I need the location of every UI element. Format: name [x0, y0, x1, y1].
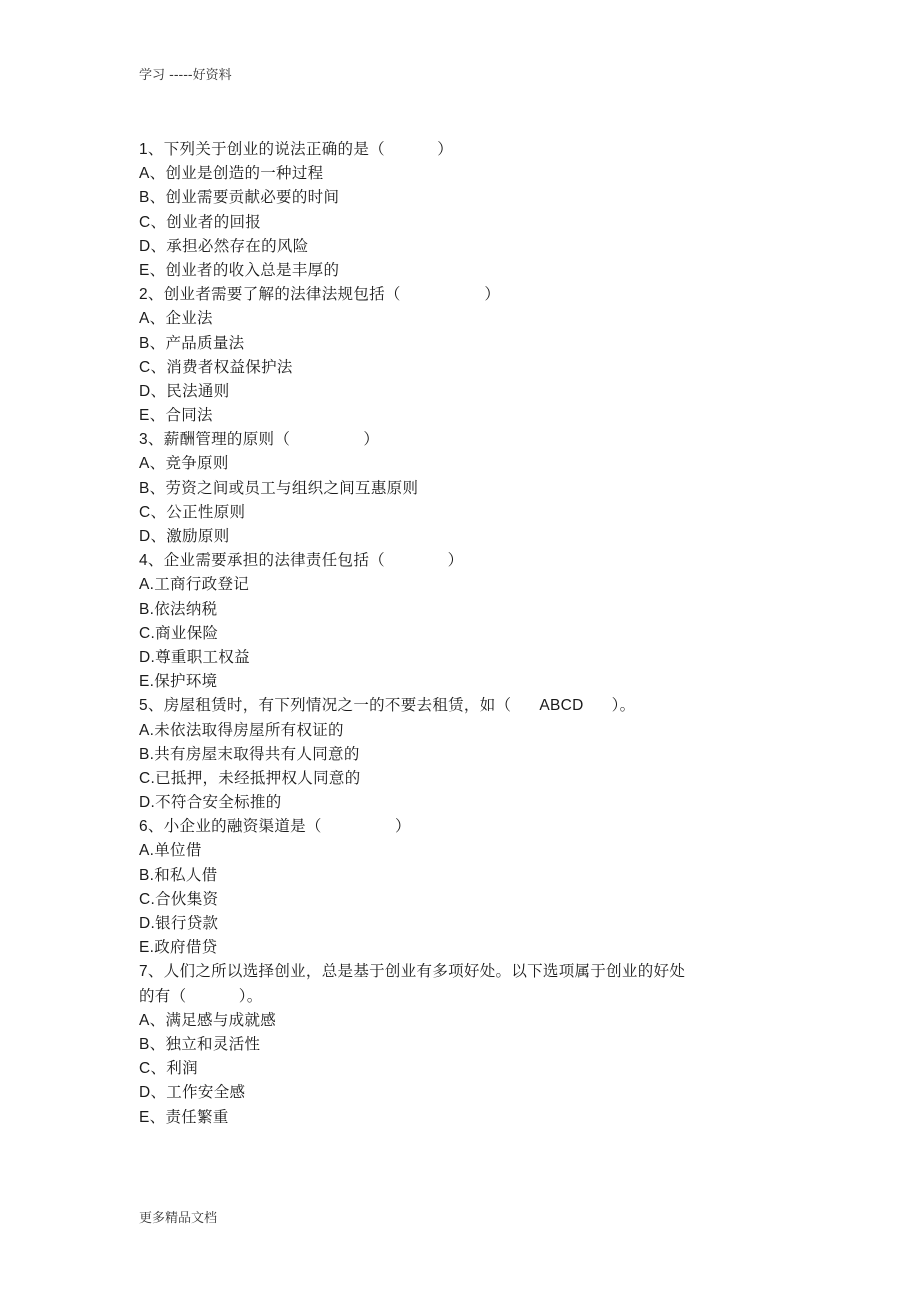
option-letter: E、	[139, 262, 165, 279]
option-letter: A.	[139, 576, 154, 593]
option-letter: A、	[139, 1012, 165, 1029]
option-text: 已抵押，未经抵押权人同意的	[155, 769, 360, 787]
option-letter: A.	[139, 722, 154, 739]
option-text: 劳资之间或员工与组织之间互惠原则	[165, 479, 418, 497]
option-text: 未依法取得房屋所有权证的	[154, 721, 344, 739]
option-item: B、劳资之间或员工与组织之间互惠原则	[139, 476, 739, 500]
option-text: 单位借	[154, 841, 201, 859]
question-7-stem-continued: 的有（ ）。	[139, 984, 739, 1008]
option-letter: D.	[139, 649, 155, 666]
option-text: 满足感与成就感	[165, 1011, 276, 1029]
question-number: 5、	[139, 697, 164, 714]
close-paren: ）。	[239, 987, 263, 1005]
option-text: 创业需要贡献必要的时间	[165, 188, 339, 206]
question-number: 3、	[139, 431, 164, 448]
question-number: 7、	[139, 963, 164, 980]
option-text: 创业者的回报	[166, 213, 261, 231]
question-number: 1、	[139, 141, 164, 158]
option-text: 产品质量法	[165, 334, 244, 352]
option-letter: A、	[139, 165, 165, 182]
question-text: 薪酬管理的原则（	[164, 430, 290, 448]
page-header: 学习 -----好资料	[139, 67, 232, 85]
question-text: 人们之所以选择创业，总是基于创业有多项好处。以下选项属于创业的好处	[164, 962, 685, 980]
option-text: 和私人借	[154, 866, 217, 884]
option-item: D.不符合安全标推的	[139, 790, 739, 814]
option-text: 创业是创造的一种过程	[165, 164, 323, 182]
option-text: 消费者权益保护法	[166, 358, 292, 376]
question-text: 的有（	[139, 987, 186, 1005]
option-item: A.单位借	[139, 838, 739, 862]
option-letter: C、	[139, 1060, 166, 1077]
option-text: 创业者的收入总是丰厚的	[165, 261, 339, 279]
close-paren: ）。	[612, 696, 636, 714]
option-item: D、激励原则	[139, 524, 739, 548]
option-item: C、创业者的回报	[139, 210, 739, 234]
option-item: B.依法纳税	[139, 597, 739, 621]
question-5-stem: 5、房屋租赁时，有下列情况之一的不要去租赁，如（ABCD）。	[139, 693, 739, 717]
option-letter: C、	[139, 504, 166, 521]
option-text: 依法纳税	[154, 600, 217, 618]
option-text: 共有房屋末取得共有人同意的	[154, 745, 359, 763]
option-letter: B、	[139, 480, 165, 497]
option-letter: E、	[139, 407, 165, 424]
close-paren: ）	[484, 285, 500, 303]
option-letter: E.	[139, 939, 154, 956]
option-item: A、企业法	[139, 306, 739, 330]
option-text: 激励原则	[166, 527, 229, 545]
option-item: D.银行贷款	[139, 911, 739, 935]
option-text: 合同法	[165, 406, 212, 424]
option-text: 合伙集资	[155, 890, 218, 908]
option-item: C.合伙集资	[139, 887, 739, 911]
option-letter: C、	[139, 214, 166, 231]
option-item: A、创业是创造的一种过程	[139, 161, 739, 185]
option-item: A、满足感与成就感	[139, 1008, 739, 1032]
option-item: C、公正性原则	[139, 500, 739, 524]
option-item: C、消费者权益保护法	[139, 355, 739, 379]
answer-blank	[401, 282, 485, 306]
option-letter: B.	[139, 867, 154, 884]
option-text: 承担必然存在的风险	[166, 237, 308, 255]
answer-blank	[385, 548, 448, 572]
option-letter: A.	[139, 842, 154, 859]
question-2-stem: 2、创业者需要了解的法律法规包括（ ）	[139, 282, 739, 306]
option-text: 银行贷款	[155, 914, 218, 932]
option-text: 公正性原则	[166, 503, 245, 521]
option-text: 工作安全感	[166, 1083, 245, 1101]
option-letter: C.	[139, 625, 155, 642]
question-3-stem: 3、薪酬管理的原则（ ）	[139, 427, 739, 451]
question-text: 企业需要承担的法律责任包括（	[164, 551, 385, 569]
option-item: A.工商行政登记	[139, 572, 739, 596]
answer-blank	[186, 984, 238, 1008]
question-number: 2、	[139, 286, 164, 303]
answer-blank	[322, 814, 395, 838]
option-letter: D.	[139, 915, 155, 932]
option-letter: C.	[139, 891, 155, 908]
option-text: 尊重职工权益	[155, 648, 250, 666]
filled-answer: ABCD	[539, 694, 583, 718]
option-item: B、产品质量法	[139, 331, 739, 355]
option-item: C.已抵押，未经抵押权人同意的	[139, 766, 739, 790]
option-item: C、利润	[139, 1056, 739, 1080]
question-4-stem: 4、企业需要承担的法律责任包括（ ）	[139, 548, 739, 572]
option-text: 保护环境	[154, 672, 217, 690]
close-paren: ）	[448, 551, 464, 569]
option-item: B.共有房屋末取得共有人同意的	[139, 742, 739, 766]
option-text: 民法通则	[166, 382, 229, 400]
question-6-stem: 6、小企业的融资渠道是（ ）	[139, 814, 739, 838]
option-item: C.商业保险	[139, 621, 739, 645]
option-letter: D、	[139, 1084, 166, 1101]
option-letter: C、	[139, 359, 166, 376]
option-item: E、创业者的收入总是丰厚的	[139, 258, 739, 282]
option-item: E.保护环境	[139, 669, 739, 693]
option-letter: C.	[139, 770, 155, 787]
question-number: 6、	[139, 818, 164, 835]
option-letter: D、	[139, 238, 166, 255]
question-list: 1、下列关于创业的说法正确的是（ ） A、创业是创造的一种过程 B、创业需要贡献…	[139, 137, 739, 1129]
option-item: D.尊重职工权益	[139, 645, 739, 669]
option-item: A、竞争原则	[139, 451, 739, 475]
option-letter: A、	[139, 310, 165, 327]
option-letter: D.	[139, 794, 155, 811]
question-text: 房屋租赁时，有下列情况之一的不要去租赁，如（	[164, 696, 512, 714]
option-text: 责任繁重	[165, 1108, 228, 1126]
option-item: E.政府借贷	[139, 935, 739, 959]
option-letter: B、	[139, 335, 165, 352]
option-letter: B.	[139, 746, 154, 763]
answer-blank	[290, 427, 363, 451]
question-7-stem: 7、人们之所以选择创业，总是基于创业有多项好处。以下选项属于创业的好处	[139, 959, 739, 983]
option-item: D、民法通则	[139, 379, 739, 403]
page-footer: 更多精品文档	[139, 1210, 217, 1228]
option-item: E、责任繁重	[139, 1105, 739, 1129]
option-item: D、承担必然存在的风险	[139, 234, 739, 258]
option-text: 工商行政登记	[154, 575, 249, 593]
option-letter: A、	[139, 455, 165, 472]
question-number: 4、	[139, 552, 164, 569]
option-text: 竞争原则	[165, 454, 228, 472]
option-letter: D、	[139, 383, 166, 400]
answer-blank	[385, 137, 437, 161]
question-text: 创业者需要了解的法律法规包括（	[164, 285, 401, 303]
option-item: B.和私人借	[139, 863, 739, 887]
option-letter: B.	[139, 601, 154, 618]
option-text: 利润	[166, 1059, 198, 1077]
close-paren: ）	[395, 817, 411, 835]
option-letter: B、	[139, 189, 165, 206]
option-item: D、工作安全感	[139, 1080, 739, 1104]
option-letter: D、	[139, 528, 166, 545]
option-item: A.未依法取得房屋所有权证的	[139, 718, 739, 742]
option-text: 独立和灵活性	[165, 1035, 260, 1053]
option-letter: E.	[139, 673, 154, 690]
question-text: 小企业的融资渠道是（	[164, 817, 322, 835]
option-text: 企业法	[165, 309, 212, 327]
close-paren: ）	[363, 430, 379, 448]
option-item: B、创业需要贡献必要的时间	[139, 185, 739, 209]
option-text: 商业保险	[155, 624, 218, 642]
option-text: 政府借贷	[154, 938, 217, 956]
option-letter: B、	[139, 1036, 165, 1053]
close-paren: ）	[437, 140, 453, 158]
option-item: E、合同法	[139, 403, 739, 427]
option-text: 不符合安全标推的	[155, 793, 281, 811]
option-letter: E、	[139, 1109, 165, 1126]
question-text: 下列关于创业的说法正确的是（	[164, 140, 385, 158]
option-item: B、独立和灵活性	[139, 1032, 739, 1056]
question-1-stem: 1、下列关于创业的说法正确的是（ ）	[139, 137, 739, 161]
